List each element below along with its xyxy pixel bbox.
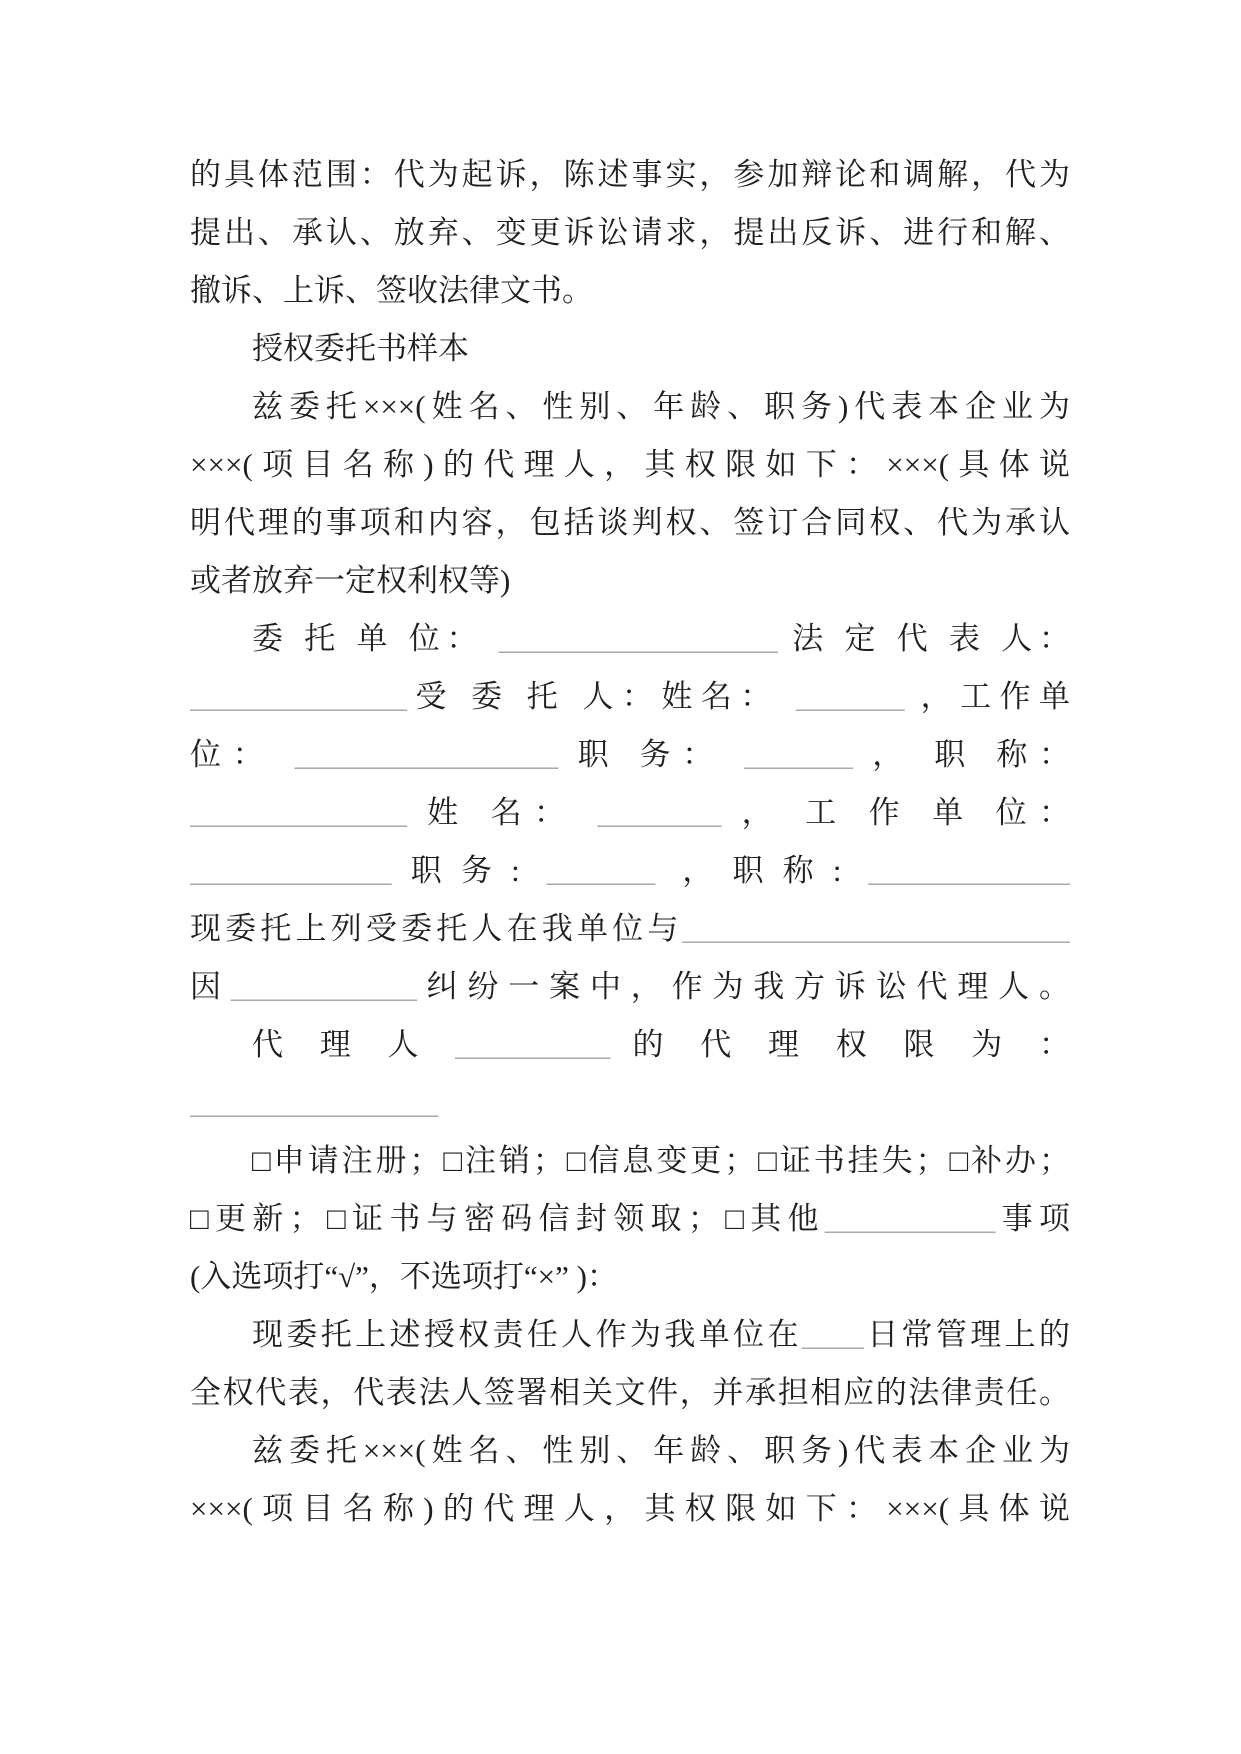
text-line: 位： _________________ 职 务： _______ ， 职 称： [190,726,1070,784]
text-line: ______________ 姓 名： ________ ， 工 作 单 位： [190,784,1070,842]
blank-underline: __________________ [499,621,778,656]
text-line: 委 托 单 位： __________________ 法 定 代 表 人： [190,610,1070,668]
text-line: ______________受 委 托 人：姓名： _______ ，工作单 [190,668,1070,726]
text-line: ×××(项目名称)的代理人，其权限如下：×××(具体说 [190,436,1070,494]
blank-underline: ______________ [190,679,407,714]
text-line: 代 理 人 __________ 的 代 理 权 限 为 ： [190,1016,1070,1074]
text-line: 全权代表，代表法人签署相关文件，并承担相应的法律责任。 [190,1364,1070,1422]
text-line: 明代理的事项和内容，包括谈判权、签订合同权、代为承认 [190,494,1070,552]
text-line: ________________ [190,1074,1070,1132]
document-body: 的具体范围：代为起诉，陈述事实，参加辩论和调解，代为提出、承认、放弃、变更诉讼请… [190,146,1070,1538]
text-line: 现委托上列受委托人在我单位与_________________________ [190,900,1070,958]
blank-underline: _______ [547,853,656,888]
blank-underline: ____________ [231,969,417,1004]
text-line: ×××(项目名称)的代理人，其权限如下：×××(具体说 [190,1480,1070,1538]
blank-underline: _______ [744,737,853,772]
text-line: 现委托上述授权责任人作为我单位在____日常管理上的 [190,1306,1070,1364]
blank-underline: _________________ [295,737,559,772]
text-line: 撤诉、上诉、签收法律文书。 [190,262,1070,320]
blank-underline: ___________ [825,1201,996,1236]
text-line: □申请注册；□注销；□信息变更；□证书挂失；□补办； [190,1132,1070,1190]
blank-underline: ______________ [190,795,407,830]
text-line: □更新；□证书与密码信封领取；□其他___________事项 [190,1190,1070,1248]
text-line: (入选项打“√”，不选项打“×” )： [190,1248,1070,1306]
text-line: 授权委托书样本 [190,320,1070,378]
text-line: 提出、承认、放弃、变更诉讼请求，提出反诉、进行和解、 [190,204,1070,262]
blank-underline: ________________ [190,1085,438,1120]
blank-underline: ________ [598,795,722,830]
blank-underline: ____ [802,1317,864,1352]
blank-underline: _____________ [190,853,392,888]
blank-underline: _______ [796,679,905,714]
text-line: 的具体范围：代为起诉，陈述事实，参加辩论和调解，代为 [190,146,1070,204]
text-line: 或者放弃一定权利权等) [190,552,1070,610]
text-line: 兹委托×××(姓名、性别、年龄、职务)代表本企业为 [190,1422,1070,1480]
text-line: 因____________纠纷一案中，作为我方诉讼代理人。 [190,958,1070,1016]
text-line: _____________职务: _______ ，职称: __________… [190,842,1070,900]
blank-underline: _____________ [869,853,1071,888]
blank-underline: _________________________ [683,911,1071,946]
text-line: 兹委托×××(姓名、性别、年龄、职务)代表本企业为 [190,378,1070,436]
document-page: 的具体范围：代为起诉，陈述事实，参加辩论和调解，代为提出、承认、放弃、变更诉讼请… [0,0,1241,1754]
blank-underline: __________ [455,1027,610,1062]
